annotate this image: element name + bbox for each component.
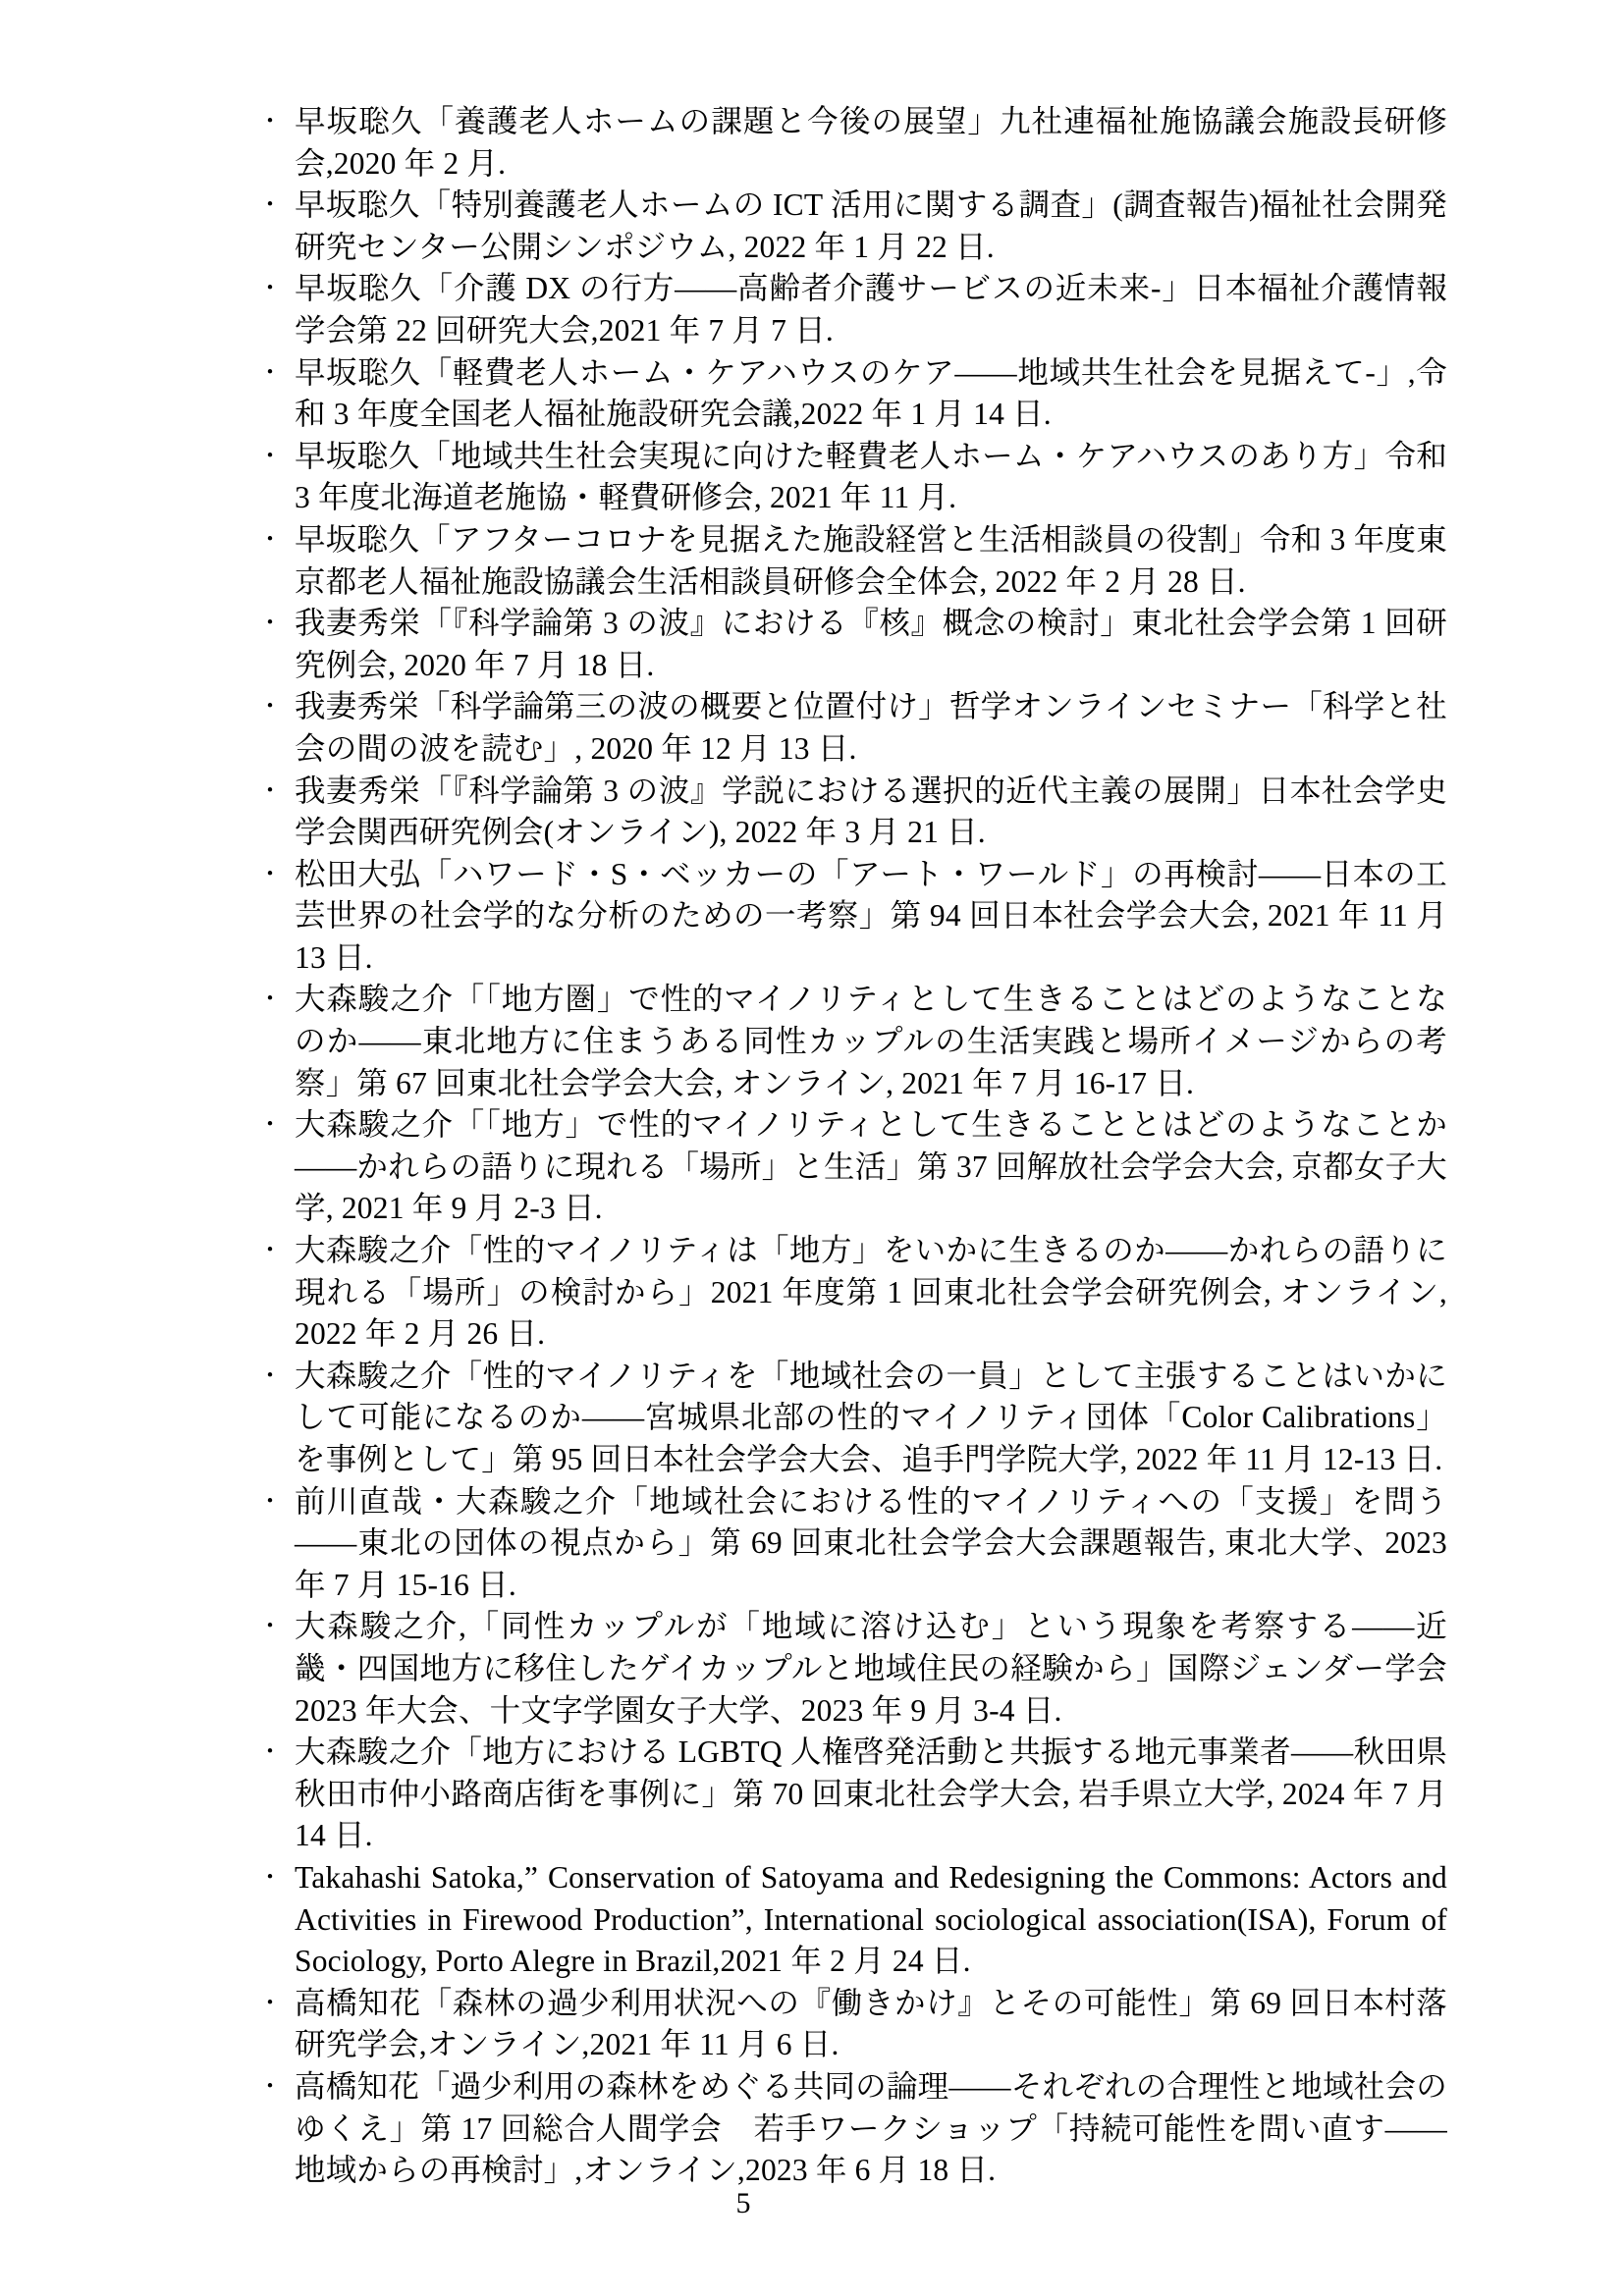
list-item: ・大森駿之介「「地方圏」で性的マイノリティとして生きることはどのようなことなのか… xyxy=(295,979,1447,1104)
list-item: ・大森駿之介,「同性カップルが「地域に溶け込む」という現象を考察する——近畿・四… xyxy=(295,1606,1447,1732)
bullet-icon: ・ xyxy=(255,1983,285,2025)
list-item-text: 我妻秀栄「科学論第三の波の概要と位置付け」哲学オンラインセミナー「科学と社会の間… xyxy=(295,689,1447,766)
list-item-text: 早坂聡久「アフターコロナを見据えた施設経営と生活相談員の役割」令和 3 年度東京… xyxy=(295,522,1447,599)
list-item-text: 大森駿之介「地方における LGBTQ 人権啓発活動と共振する地元事業者——秋田県… xyxy=(295,1735,1447,1852)
list-item: ・高橋知花「森林の過少利用状況への『働きかけ』とその可能性」第 69 回日本村落… xyxy=(295,1983,1447,2066)
list-item-text: 高橋知花「森林の過少利用状況への『働きかけ』とその可能性」第 69 回日本村落研… xyxy=(295,1986,1447,2062)
list-item: ・大森駿之介「性的マイノリティを「地域社会の一員」として主張することはいかにして… xyxy=(295,1356,1447,1481)
bullet-icon: ・ xyxy=(255,1857,285,1899)
list-item: ・早坂聡久「アフターコロナを見据えた施設経営と生活相談員の役割」令和 3 年度東… xyxy=(295,519,1447,603)
list-item-text: 前川直哉・大森駿之介「地域社会における性的マイノリティへの「支援」を問う——東北… xyxy=(295,1484,1447,1602)
list-item: ・Takahashi Satoka,” Conservation of Sato… xyxy=(295,1857,1447,1983)
list-item: ・大森駿之介「「地方」で性的マイノリティとして生きることとはどのようなことか——… xyxy=(295,1104,1447,1230)
list-item: ・早坂聡久「養護老人ホームの課題と今後の展望」九社連福祉施協議会施設長研修会,2… xyxy=(295,101,1447,185)
bullet-icon: ・ xyxy=(255,1230,285,1272)
publication-list: ・早坂聡久「養護老人ホームの課題と今後の展望」九社連福祉施協議会施設長研修会,2… xyxy=(0,0,1447,2192)
bullet-icon: ・ xyxy=(255,1481,285,1523)
list-item-text: 早坂聡久「軽費老人ホーム・ケアハウスのケア——地域共生社会を見据えて-」,令和 … xyxy=(295,355,1447,432)
list-item-text: 大森駿之介「「地方圏」で性的マイノリティとして生きることはどのようなことなのか—… xyxy=(295,982,1447,1099)
list-item-text: 大森駿之介「性的マイノリティは「地方」をいかに生きるのか——かれらの語りに現れる… xyxy=(295,1233,1447,1351)
list-item: ・我妻秀栄「『科学論第 3 の波』における『核』概念の検討」東北社会学会第 1 … xyxy=(295,603,1447,686)
list-item-text: 大森駿之介「性的マイノリティを「地域社会の一員」として主張することはいかにして可… xyxy=(295,1359,1447,1476)
list-item-text: 早坂聡久「地域共生社会実現に向けた軽費老人ホーム・ケアハウスのあり方」令和 3 … xyxy=(295,439,1447,515)
list-item-text: 高橋知花「過少利用の森林をめぐる共同の論理——それぞれの合理性と地域社会のゆくえ… xyxy=(295,2069,1447,2187)
bullet-icon: ・ xyxy=(255,352,285,395)
bullet-icon: ・ xyxy=(255,436,285,478)
list-item: ・松田大弘「ハワード・S・ベッカーの「アート・ワールド」の再検討——日本の工芸世… xyxy=(295,854,1447,980)
list-item-text: 早坂聡久「特別養護老人ホームの ICT 活用に関する調査」(調査報告)福祉社会開… xyxy=(295,187,1447,264)
list-item: ・早坂聡久「地域共生社会実現に向けた軽費老人ホーム・ケアハウスのあり方」令和 3… xyxy=(295,436,1447,519)
bullet-icon: ・ xyxy=(255,979,285,1021)
list-item: ・大森駿之介「地方における LGBTQ 人権啓発活動と共振する地元事業者——秋田… xyxy=(295,1732,1447,1857)
list-item: ・我妻秀栄「科学論第三の波の概要と位置付け」哲学オンラインセミナー「科学と社会の… xyxy=(295,686,1447,770)
list-item-text: Takahashi Satoka,” Conservation of Satoy… xyxy=(295,1860,1447,1978)
list-item: ・我妻秀栄「『科学論第 3 の波』学説における選択的近代主義の展開」日本社会学史… xyxy=(295,771,1447,854)
bullet-icon: ・ xyxy=(255,1732,285,1774)
list-item: ・高橋知花「過少利用の森林をめぐる共同の論理——それぞれの合理性と地域社会のゆく… xyxy=(295,2066,1447,2192)
list-item: ・早坂聡久「介護 DX の行方——高齢者介護サービスの近未来-」日本福祉介護情報… xyxy=(295,268,1447,351)
bullet-icon: ・ xyxy=(255,854,285,896)
list-item-text: 松田大弘「ハワード・S・ベッカーの「アート・ワールド」の再検討——日本の工芸世界… xyxy=(295,857,1447,975)
list-item: ・大森駿之介「性的マイノリティは「地方」をいかに生きるのか——かれらの語りに現れ… xyxy=(295,1230,1447,1356)
document-page: ・早坂聡久「養護老人ホームの課題と今後の展望」九社連福祉施協議会施設長研修会,2… xyxy=(0,0,1624,2296)
list-item-text: 早坂聡久「養護老人ホームの課題と今後の展望」九社連福祉施協議会施設長研修会,20… xyxy=(295,104,1447,181)
bullet-icon: ・ xyxy=(255,1606,285,1648)
list-item-text: 大森駿之介「「地方」で性的マイノリティとして生きることとはどのようなことか——か… xyxy=(295,1107,1447,1225)
bullet-icon: ・ xyxy=(255,268,285,310)
bullet-icon: ・ xyxy=(255,686,285,728)
bullet-icon: ・ xyxy=(255,1104,285,1147)
bullet-icon: ・ xyxy=(255,185,285,227)
bullet-icon: ・ xyxy=(255,519,285,561)
list-item-text: 我妻秀栄「『科学論第 3 の波』における『核』概念の検討」東北社会学会第 1 回… xyxy=(295,606,1447,682)
list-item: ・早坂聡久「特別養護老人ホームの ICT 活用に関する調査」(調査報告)福祉社会… xyxy=(295,185,1447,268)
bullet-icon: ・ xyxy=(255,2066,285,2109)
list-item: ・前川直哉・大森駿之介「地域社会における性的マイノリティへの「支援」を問う——東… xyxy=(295,1481,1447,1607)
bullet-icon: ・ xyxy=(255,603,285,645)
list-item: ・早坂聡久「軽費老人ホーム・ケアハウスのケア——地域共生社会を見据えて-」,令和… xyxy=(295,352,1447,436)
list-item-text: 大森駿之介,「同性カップルが「地域に溶け込む」という現象を考察する——近畿・四国… xyxy=(295,1609,1447,1727)
list-item-text: 我妻秀栄「『科学論第 3 の波』学説における選択的近代主義の展開」日本社会学史学… xyxy=(295,774,1447,850)
bullet-icon: ・ xyxy=(255,101,285,143)
bullet-icon: ・ xyxy=(255,771,285,813)
bullet-icon: ・ xyxy=(255,1356,285,1398)
page-number: 5 xyxy=(0,2183,1487,2224)
list-item-text: 早坂聡久「介護 DX の行方——高齢者介護サービスの近未来-」日本福祉介護情報学… xyxy=(295,271,1447,347)
